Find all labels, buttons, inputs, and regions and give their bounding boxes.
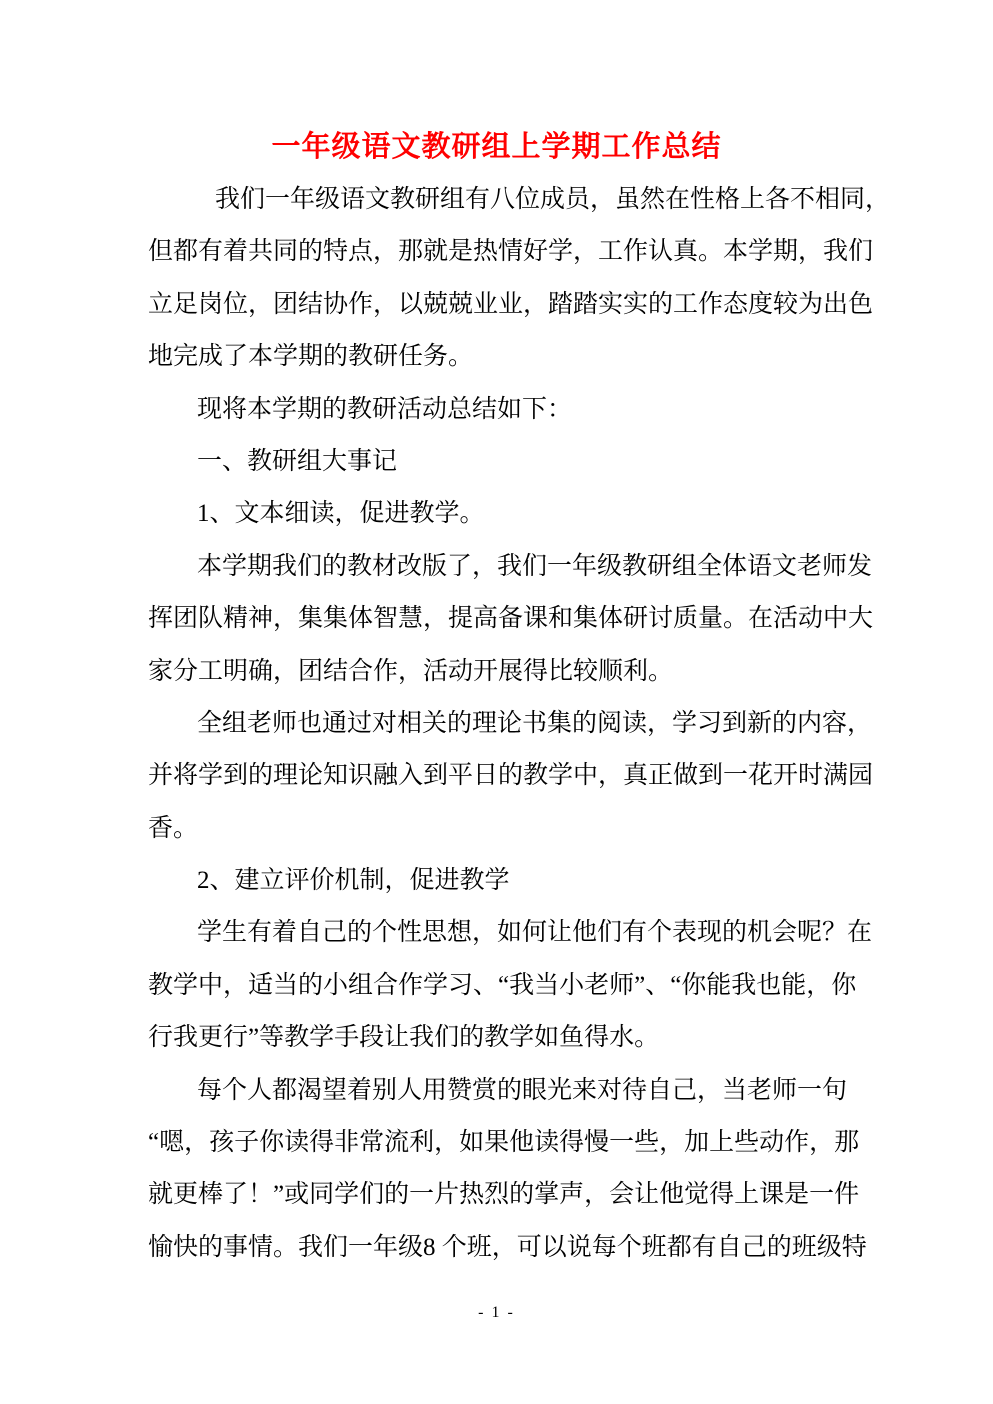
paragraph: 现将本学期的教研活动总结如下： — [148, 384, 908, 436]
text-line: 全组老师也通过对相关的理论书集的阅读，学习到新的内容， — [148, 698, 908, 750]
paragraph: 全组老师也通过对相关的理论书集的阅读，学习到新的内容，并将学到的理论知识融入到平… — [148, 698, 908, 855]
paragraph: 1、文本细读，促进教学。 — [148, 488, 908, 540]
paragraph: 一、教研组大事记 — [148, 436, 908, 488]
text-line: 挥团队精神，集集体智慧，提高备课和集体研讨质量。在活动中大 — [148, 593, 908, 645]
page-footer: - 1 - — [0, 1298, 993, 1328]
paragraph: 学生有着自己的个性思想，如何让他们有个表现的机会呢？在教学中，适当的小组合作学习… — [148, 907, 908, 1064]
text-line: 1、文本细读，促进教学。 — [148, 488, 908, 540]
text-line: 家分工明确，团结合作，活动开展得比较顺利。 — [148, 646, 908, 698]
text-line: 一、教研组大事记 — [148, 436, 908, 488]
text-line: 立足岗位，团结协作，以兢兢业业，踏踏实实的工作态度较为出色 — [148, 279, 908, 331]
paragraph: 本学期我们的教材改版了，我们一年级教研组全体语文老师发挥团队精神，集集体智慧，提… — [148, 541, 908, 698]
text-line: 地完成了本学期的教研任务。 — [148, 331, 908, 383]
text-line: 学生有着自己的个性思想，如何让他们有个表现的机会呢？在 — [148, 907, 908, 959]
page-number: - 1 - — [478, 1304, 515, 1321]
document-page: 一年级语文教研组上学期工作总结 我们一年级语文教研组有八位成员，虽然在性格上各不… — [0, 0, 993, 1404]
text-line: 现将本学期的教研活动总结如下： — [148, 384, 908, 436]
text-line: 本学期我们的教材改版了，我们一年级教研组全体语文老师发 — [148, 541, 908, 593]
text-line: 每个人都渴望着别人用赞赏的眼光来对待自己，当老师一句 — [148, 1065, 908, 1117]
document-title: 一年级语文教研组上学期工作总结 — [0, 120, 993, 174]
paragraph: 我们一年级语文教研组有八位成员，虽然在性格上各不相同，但都有着共同的特点，那就是… — [148, 174, 908, 384]
text-line: 行我更行”等教学手段让我们的教学如鱼得水。 — [148, 1012, 908, 1064]
text-line: 就更棒了！”或同学们的一片热烈的掌声，会让他觉得上课是一件 — [148, 1169, 908, 1221]
text-line: 愉快的事情。我们一年级8 个班，可以说每个班都有自己的班级特 — [148, 1222, 908, 1274]
paragraph: 2、建立评价机制，促进教学 — [148, 855, 908, 907]
text-line: “嗯，孩子你读得非常流利，如果他读得慢一些，加上些动作，那 — [148, 1117, 908, 1169]
document-body: 我们一年级语文教研组有八位成员，虽然在性格上各不相同，但都有着共同的特点，那就是… — [148, 174, 908, 1274]
text-line: 但都有着共同的特点，那就是热情好学，工作认真。本学期，我们 — [148, 226, 908, 278]
text-line: 并将学到的理论知识融入到平日的教学中，真正做到一花开时满园 — [148, 750, 908, 802]
text-line: 教学中，适当的小组合作学习、“我当小老师”、“你能我也能，你 — [148, 960, 908, 1012]
text-line: 香。 — [148, 803, 908, 855]
text-line: 我们一年级语文教研组有八位成员，虽然在性格上各不相同， — [148, 174, 908, 226]
paragraphs-container: 我们一年级语文教研组有八位成员，虽然在性格上各不相同，但都有着共同的特点，那就是… — [148, 174, 908, 1274]
paragraph: 每个人都渴望着别人用赞赏的眼光来对待自己，当老师一句“嗯，孩子你读得非常流利，如… — [148, 1065, 908, 1275]
text-line: 2、建立评价机制，促进教学 — [148, 855, 908, 907]
